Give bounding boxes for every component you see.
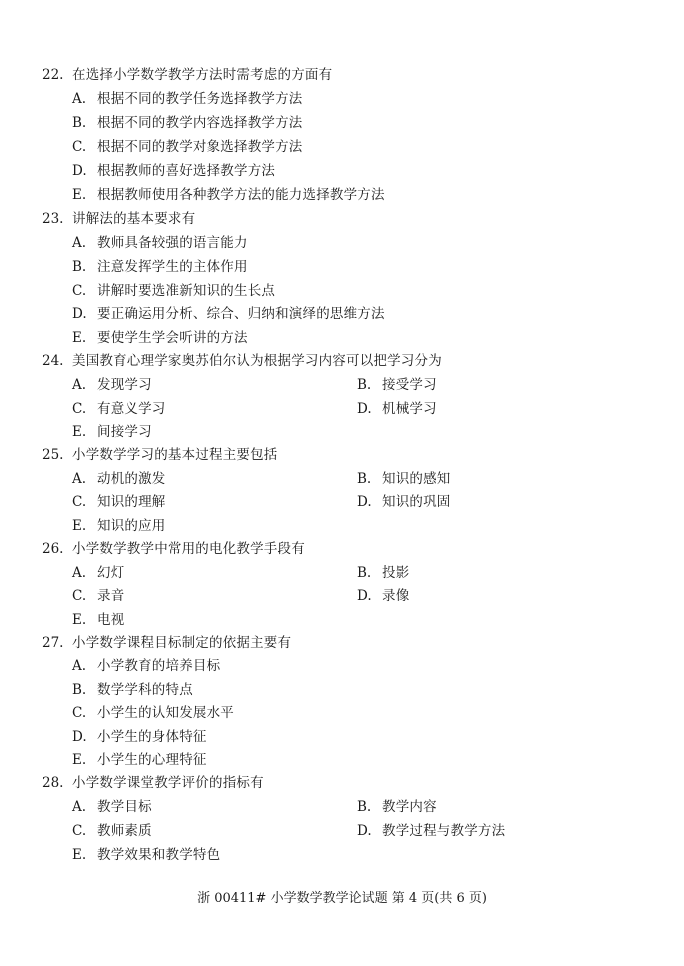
- option-letter: C.: [72, 701, 86, 725]
- option-text: 知识的感知: [382, 467, 451, 491]
- option-text: 知识的应用: [97, 514, 166, 538]
- option-text: 教学目标: [97, 795, 152, 819]
- option-row: C. 知识的理解 D. 知识的巩固: [0, 490, 684, 514]
- option-text: 小学生的认知发展水平: [97, 701, 234, 725]
- option-letter: E.: [72, 420, 86, 444]
- option-text: 根据不同的教学对象选择教学方法: [97, 135, 303, 159]
- option-letter: B.: [357, 467, 371, 491]
- option-text: 知识的理解: [97, 490, 166, 514]
- option-text: 间接学习: [97, 420, 152, 444]
- option-text: 教师素质: [97, 819, 152, 843]
- option-text: 根据不同的教学任务选择教学方法: [97, 87, 303, 111]
- option-row: A. 动机的激发 B. 知识的感知: [0, 467, 684, 491]
- option-b: B. 根据不同的教学内容选择教学方法: [0, 111, 684, 135]
- option-letter: B.: [357, 561, 371, 585]
- option-text: 根据教师的喜好选择教学方法: [97, 159, 275, 183]
- option-letter: E.: [72, 183, 86, 207]
- option-text: 幻灯: [97, 561, 124, 585]
- question-number: 25.: [42, 443, 63, 467]
- option-text: 根据不同的教学内容选择教学方法: [97, 111, 303, 135]
- option-text: 要正确运用分析、综合、归纳和演绎的思维方法: [97, 302, 385, 326]
- option-text: 数学学科的特点: [97, 678, 193, 702]
- option-text: 知识的巩固: [382, 490, 451, 514]
- option-text: 接受学习: [382, 373, 437, 397]
- option-text: 有意义学习: [97, 397, 166, 421]
- option-row: E. 间接学习: [0, 420, 684, 444]
- option-text: 电视: [97, 608, 124, 632]
- question-text: 在选择小学数学教学方法时需考虑的方面有: [72, 63, 332, 87]
- option-row: A. 教学目标 B. 教学内容: [0, 795, 684, 819]
- question-stem: 23. 讲解法的基本要求有: [0, 207, 684, 231]
- option-letter: C.: [72, 819, 86, 843]
- option-text: 讲解时要选准新知识的生长点: [97, 279, 275, 303]
- option-b: B. 注意发挥学生的主体作用: [0, 255, 684, 279]
- option-letter: C.: [72, 135, 86, 159]
- question-stem: 26. 小学数学教学中常用的电化教学手段有: [0, 537, 684, 561]
- option-text: 机械学习: [382, 397, 437, 421]
- exam-page: 22. 在选择小学数学教学方法时需考虑的方面有 A. 根据不同的教学任务选择教学…: [0, 0, 684, 966]
- option-letter: B.: [357, 373, 371, 397]
- option-letter: D.: [357, 490, 372, 514]
- question-number: 28.: [42, 771, 63, 795]
- option-b: B. 数学学科的特点: [0, 678, 684, 702]
- question-stem: 22. 在选择小学数学教学方法时需考虑的方面有: [0, 63, 684, 87]
- option-row: C. 教师素质 D. 教学过程与教学方法: [0, 819, 684, 843]
- option-letter: B.: [72, 111, 86, 135]
- question-number: 27.: [42, 631, 63, 655]
- option-text: 要使学生学会听讲的方法: [97, 326, 248, 350]
- option-text: 录音: [97, 584, 124, 608]
- option-letter: D.: [357, 584, 372, 608]
- option-row: E. 电视: [0, 608, 684, 632]
- option-letter: A.: [72, 467, 86, 491]
- question-number: 22.: [42, 63, 63, 87]
- option-letter: D.: [72, 302, 87, 326]
- option-d: D. 小学生的身体特征: [0, 725, 684, 749]
- option-text: 教师具备较强的语言能力: [97, 231, 248, 255]
- option-letter: E.: [72, 514, 86, 538]
- option-a: A. 根据不同的教学任务选择教学方法: [0, 87, 684, 111]
- option-letter: D.: [72, 725, 87, 749]
- question-number: 23.: [42, 207, 63, 231]
- option-letter: B.: [72, 678, 86, 702]
- option-text: 教学效果和教学特色: [97, 843, 220, 867]
- option-e: E. 小学生的心理特征: [0, 748, 684, 772]
- option-letter: E.: [72, 608, 86, 632]
- question-text: 小学数学课程目标制定的依据主要有: [72, 631, 291, 655]
- option-letter: E.: [72, 748, 86, 772]
- question-text: 小学数学学习的基本过程主要包括: [72, 443, 278, 467]
- option-d: D. 根据教师的喜好选择教学方法: [0, 159, 684, 183]
- option-letter: B.: [357, 795, 371, 819]
- option-d: D. 要正确运用分析、综合、归纳和演绎的思维方法: [0, 302, 684, 326]
- question-number: 26.: [42, 537, 63, 561]
- option-row: C. 有意义学习 D. 机械学习: [0, 397, 684, 421]
- option-row: C. 录音 D. 录像: [0, 584, 684, 608]
- option-letter: A.: [72, 231, 86, 255]
- option-letter: C.: [72, 397, 86, 421]
- option-text: 动机的激发: [97, 467, 166, 491]
- option-row: A. 幻灯 B. 投影: [0, 561, 684, 585]
- option-letter: C.: [72, 279, 86, 303]
- option-letter: B.: [72, 255, 86, 279]
- option-text: 注意发挥学生的主体作用: [97, 255, 248, 279]
- option-row: E. 知识的应用: [0, 514, 684, 538]
- option-row: A. 发现学习 B. 接受学习: [0, 373, 684, 397]
- question-text: 讲解法的基本要求有: [72, 207, 195, 231]
- option-text: 教学内容: [382, 795, 437, 819]
- option-text: 小学生的身体特征: [97, 725, 207, 749]
- question-stem: 25. 小学数学学习的基本过程主要包括: [0, 443, 684, 467]
- option-c: C. 根据不同的教学对象选择教学方法: [0, 135, 684, 159]
- option-text: 投影: [382, 561, 409, 585]
- option-e: E. 要使学生学会听讲的方法: [0, 326, 684, 350]
- option-c: C. 讲解时要选准新知识的生长点: [0, 279, 684, 303]
- question-number: 24.: [42, 349, 63, 373]
- option-letter: E.: [72, 843, 86, 867]
- option-letter: D.: [357, 397, 372, 421]
- option-letter: D.: [357, 819, 372, 843]
- option-letter: A.: [72, 373, 86, 397]
- question-text: 美国教育心理学家奥苏伯尔认为根据学习内容可以把学习分为: [72, 349, 442, 373]
- option-text: 小学教育的培养目标: [97, 654, 220, 678]
- question-text: 小学数学课堂教学评价的指标有: [72, 771, 264, 795]
- option-e: E. 根据教师使用各种教学方法的能力选择教学方法: [0, 183, 684, 207]
- option-text: 教学过程与教学方法: [382, 819, 505, 843]
- option-letter: A.: [72, 654, 86, 678]
- option-letter: A.: [72, 87, 86, 111]
- question-text: 小学数学教学中常用的电化教学手段有: [72, 537, 305, 561]
- option-letter: A.: [72, 795, 86, 819]
- option-letter: E.: [72, 326, 86, 350]
- option-letter: C.: [72, 490, 86, 514]
- option-row: E. 教学效果和教学特色: [0, 843, 684, 867]
- option-letter: A.: [72, 561, 86, 585]
- option-text: 发现学习: [97, 373, 152, 397]
- option-text: 小学生的心理特征: [97, 748, 207, 772]
- option-text: 根据教师使用各种教学方法的能力选择教学方法: [97, 183, 385, 207]
- option-letter: D.: [72, 159, 87, 183]
- question-stem: 27. 小学数学课程目标制定的依据主要有: [0, 631, 684, 655]
- option-text: 录像: [382, 584, 409, 608]
- question-stem: 28. 小学数学课堂教学评价的指标有: [0, 771, 684, 795]
- option-c: C. 小学生的认知发展水平: [0, 701, 684, 725]
- option-a: A. 小学教育的培养目标: [0, 654, 684, 678]
- question-stem: 24. 美国教育心理学家奥苏伯尔认为根据学习内容可以把学习分为: [0, 349, 684, 373]
- option-letter: C.: [72, 584, 86, 608]
- page-footer: 浙 00411# 小学数学教学论试题 第 4 页(共 6 页): [0, 887, 684, 911]
- option-a: A. 教师具备较强的语言能力: [0, 231, 684, 255]
